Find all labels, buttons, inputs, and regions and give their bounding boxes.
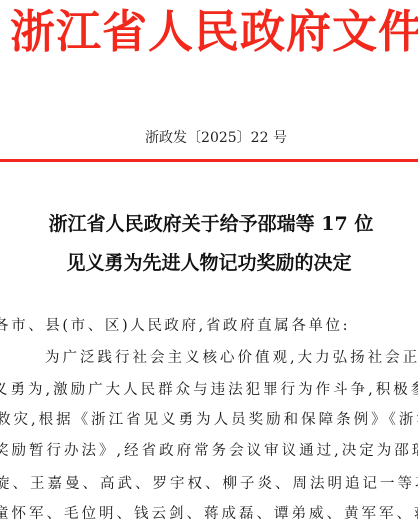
red-separator-line <box>0 159 418 162</box>
body-text-line: 义勇为,激励广大人民群众与违法犯罪行为作斗争,积极参与抢 <box>0 380 418 400</box>
document-number: 浙政发〔2025〕22 号 <box>0 128 418 148</box>
document-title-line-2: 见义勇为先进人物记功奖励的决定 <box>0 250 418 276</box>
body-text-line: 救灾,根据《浙江省见义勇为人员奖励和保障条例》《浙江省行 <box>0 410 418 430</box>
salutation: 各市、县(市、区)人民政府,省政府直属各单位: <box>0 316 350 336</box>
document-title-line-1: 浙江省人民政府关于给予邵瑞等 17 位 <box>0 211 418 237</box>
body-text-line: 童怀军、毛位明、钱云剑、蒋成磊、谭弟威、黄军军、蒋炎旺、朱智 <box>0 504 418 524</box>
body-text-line: 奖励暂行办法》,经省政府常务会议审议通过,决定为邵瑞、陆 <box>0 441 418 461</box>
body-text-line: 为广泛践行社会主义核心价值观,大力弘扬社会正气,倡导 <box>45 348 418 368</box>
document-page: 浙江省人民政府文件 浙政发〔2025〕22 号 浙江省人民政府关于给予邵瑞等 1… <box>0 0 418 524</box>
body-text-line: 旋、王嘉曼、高武、罗宇权、柳子炎、周法明追记一等功,为张文 <box>0 474 418 494</box>
masthead-title: 浙江省人民政府文件 <box>10 4 418 60</box>
